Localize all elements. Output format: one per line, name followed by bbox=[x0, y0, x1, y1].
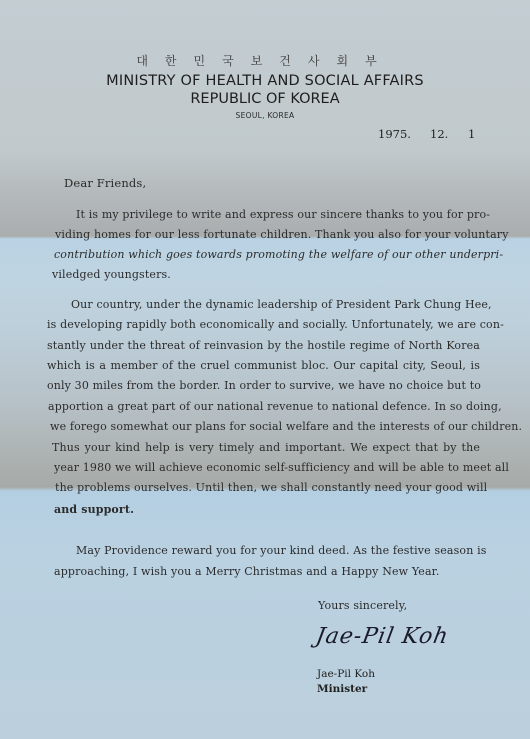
letterhead-ministry: MINISTRY OF HEALTH AND SOCIAL AFFAIRS bbox=[0, 73, 530, 89]
date-year: 1975. bbox=[378, 127, 411, 141]
paragraph-line: approaching, I wish you a Merry Christma… bbox=[54, 565, 440, 578]
paragraph-line: viledged youngsters. bbox=[52, 268, 171, 281]
date-day: 1 bbox=[468, 127, 475, 141]
letterhead-country: REPUBLIC OF KOREA bbox=[0, 91, 530, 107]
paragraph-line: It is my privilege to write and express … bbox=[76, 208, 480, 221]
paragraph-line: only 30 miles from the border. In order … bbox=[47, 379, 480, 392]
valediction: Yours sincerely, bbox=[318, 599, 407, 612]
paragraph-line: Thus your kind help is very timely and i… bbox=[52, 441, 480, 454]
paragraph-line: is developing rapidly both economically … bbox=[47, 318, 480, 331]
paragraph-line: May Providence reward you for your kind … bbox=[76, 544, 482, 557]
paragraph-line: Our country, under the dynamic leadershi… bbox=[71, 298, 480, 311]
paragraph-line: and support. bbox=[54, 503, 134, 516]
paragraph-line: stantly under the threat of reinvasion b… bbox=[47, 339, 480, 352]
letterhead-location: SEOUL, KOREA bbox=[0, 111, 530, 120]
paragraph-line: which is a member of the cruel communist… bbox=[47, 359, 480, 372]
date-month: 12. bbox=[430, 127, 448, 141]
letterhead-korean: 대한민국보건사회부 bbox=[0, 52, 530, 69]
paragraph-line: contribution which goes towards promotin… bbox=[54, 248, 480, 261]
signature: Jae-Pil Koh bbox=[314, 624, 451, 649]
paragraph-line: we forego somewhat our plans for social … bbox=[50, 420, 482, 433]
salutation: Dear Friends, bbox=[64, 176, 146, 190]
paragraph-line: year 1980 we will achieve economic self-… bbox=[54, 461, 480, 474]
signatory-title: Minister bbox=[317, 683, 367, 695]
paragraph-line: the problems ourselves. Until then, we s… bbox=[55, 481, 479, 494]
signatory-name: Jae-Pil Koh bbox=[317, 668, 375, 680]
paragraph-line: viding homes for our less fortunate chil… bbox=[55, 228, 481, 241]
paragraph-line: apportion a great part of our national r… bbox=[48, 400, 481, 413]
